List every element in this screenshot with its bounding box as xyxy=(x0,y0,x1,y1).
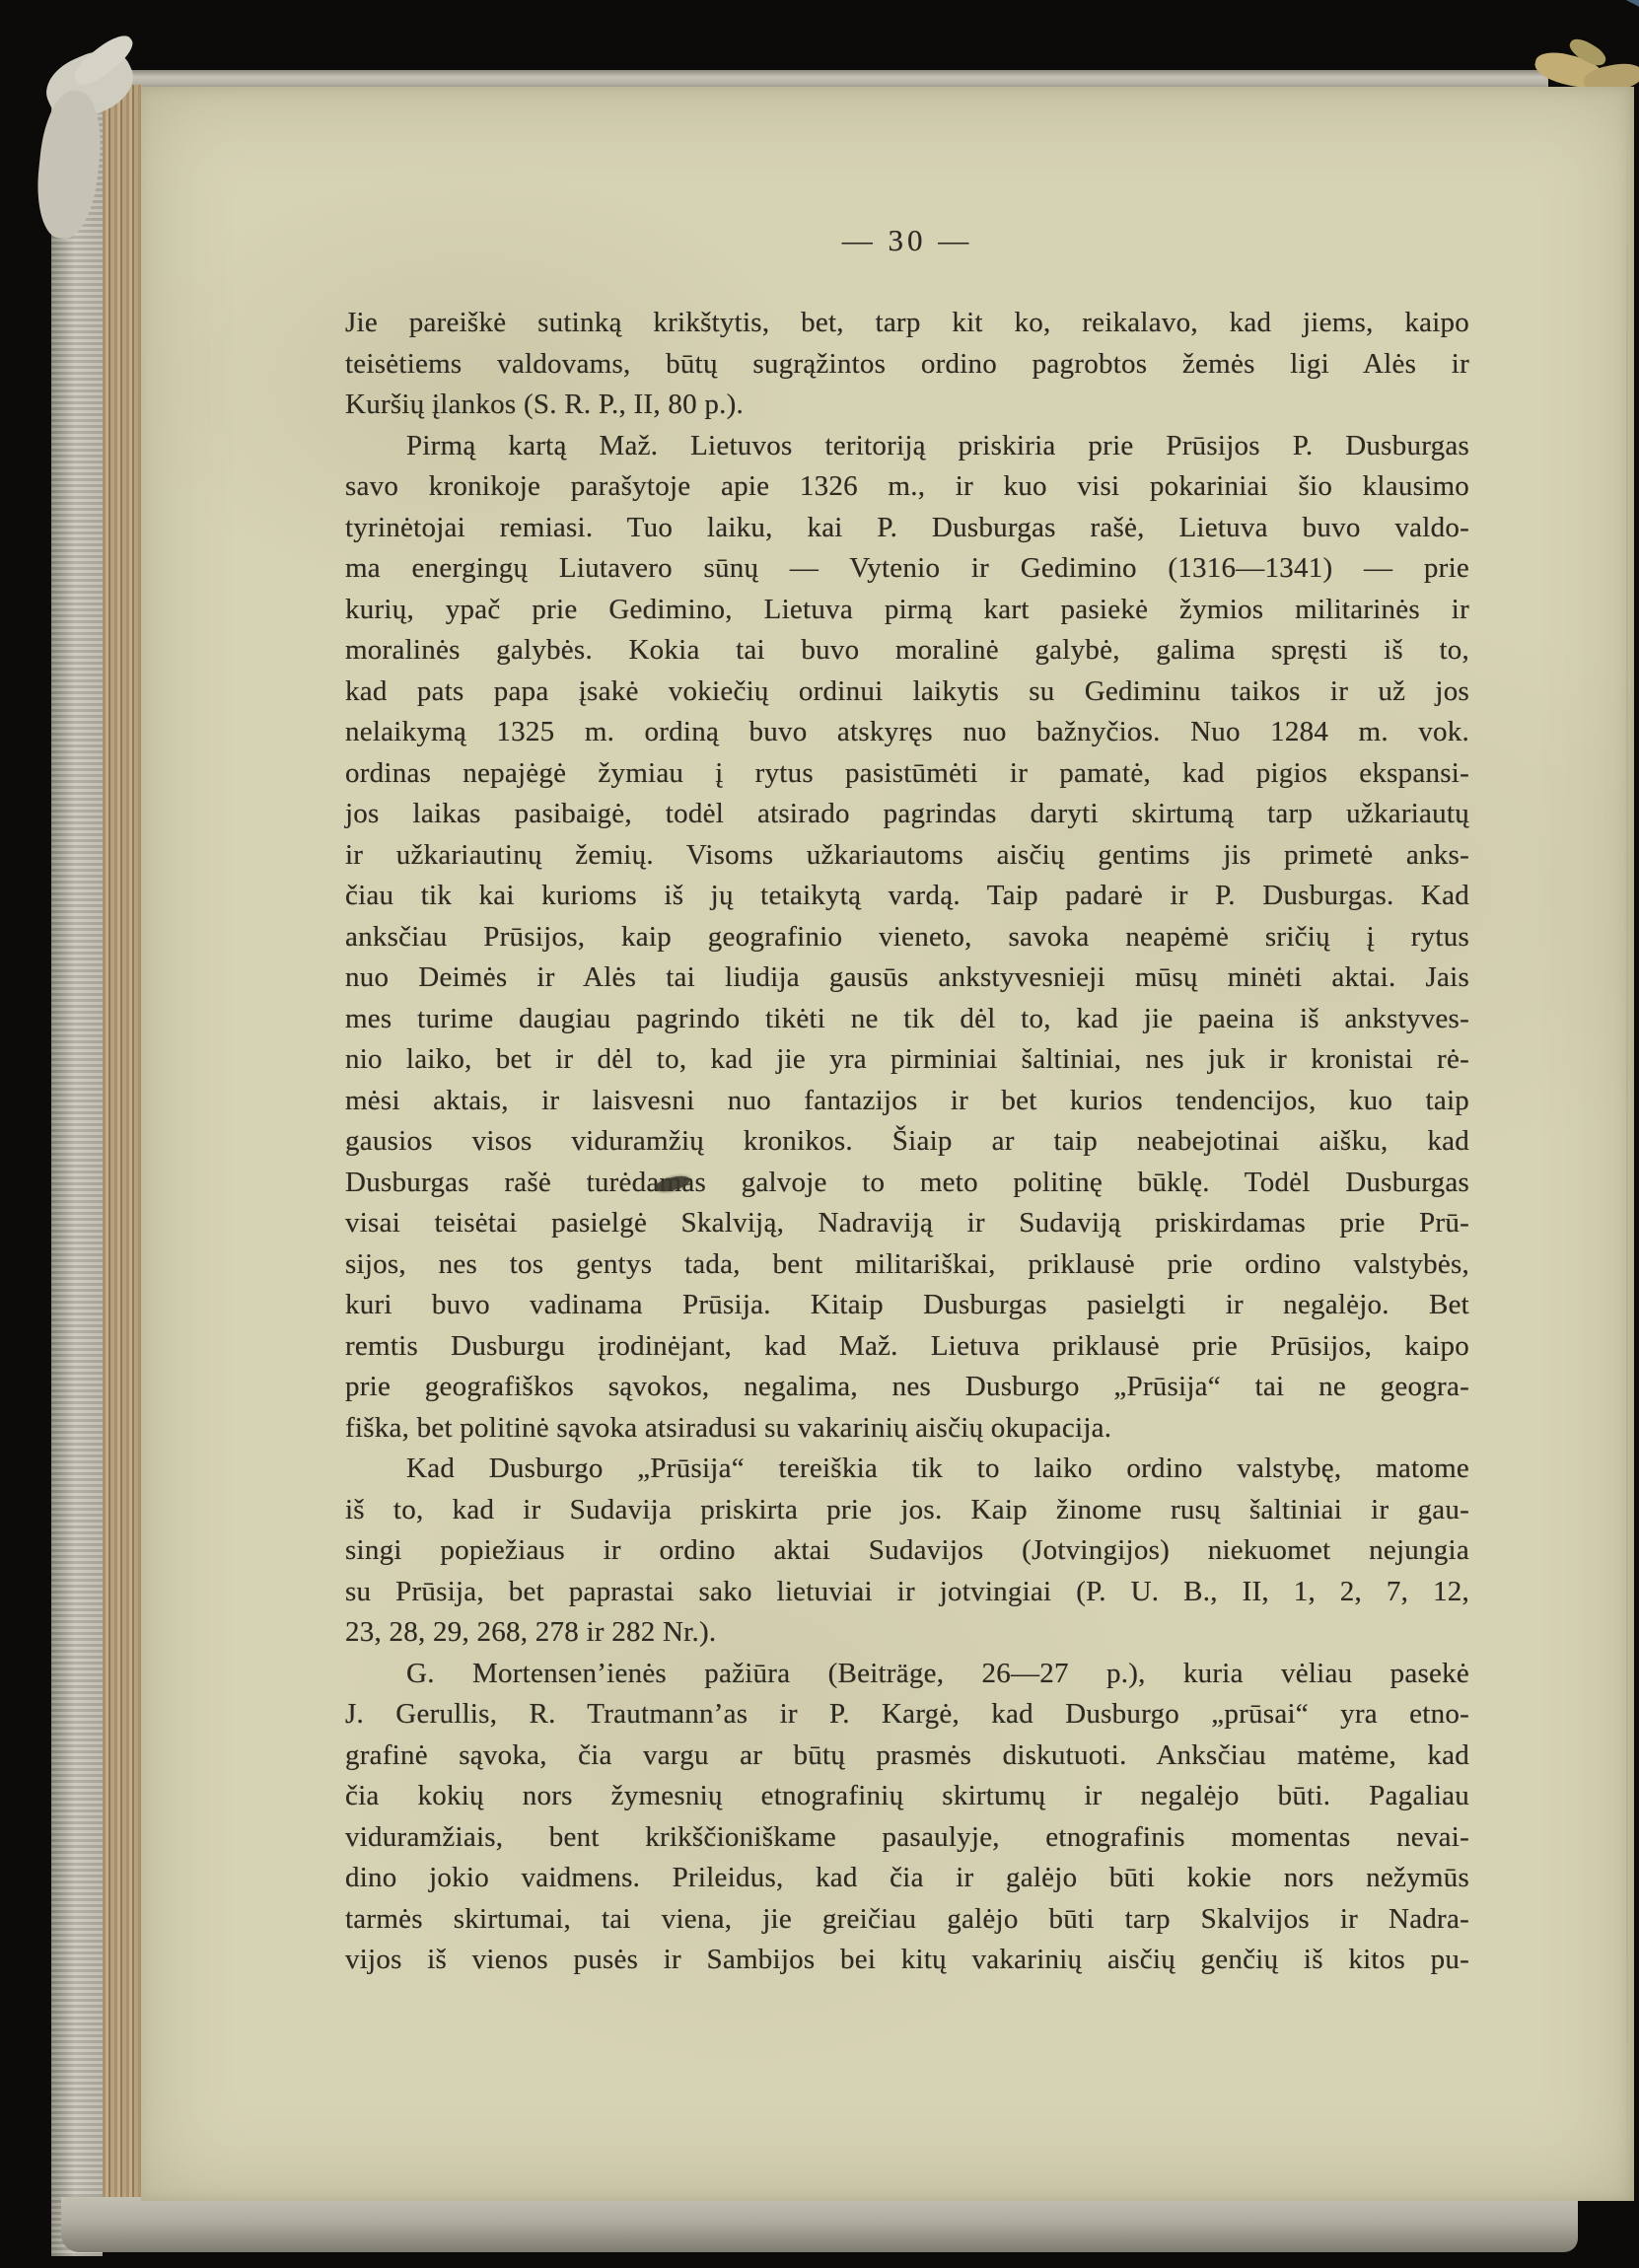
text-line: Pirmą kartą Maž. Lietuvos teritoriją pri… xyxy=(345,426,1469,467)
text-line: kurių, ypač prie Gedimino, Lietuva pirmą… xyxy=(345,590,1469,631)
text-line: vijos iš vienos pusės ir Sambijos bei ki… xyxy=(345,1940,1469,1981)
text-line: iš to, kad ir Sudavija priskirta prie jo… xyxy=(345,1490,1469,1531)
paragraph: Kad Dusburgo „Prūsija“ tereiškia tik to … xyxy=(345,1449,1469,1654)
text-line: nelaikymą 1325 m. ordiną buvo atskyręs n… xyxy=(345,712,1469,753)
book-bottom-edge xyxy=(61,2197,1578,2252)
text-line: Kad Dusburgo „Prūsija“ tereiškia tik to … xyxy=(345,1449,1469,1490)
text-line: teisėtiems valdovams, būtų sugrąžintos o… xyxy=(345,344,1469,386)
text-line: visai teisėtai pasielgė Skalviją, Nadrav… xyxy=(345,1203,1469,1244)
text-line: anksčiau Prūsijos, kaip geografinio vien… xyxy=(345,917,1469,958)
text-line: kad pats papa įsakė vokiečių ordinui lai… xyxy=(345,672,1469,713)
text-line: gausios visos viduramžių kronikos. Šiaip… xyxy=(345,1121,1469,1163)
paragraph: G. Mortensen’ienės pažiūra (Beiträge, 26… xyxy=(345,1654,1469,1981)
page-block-edge xyxy=(103,85,142,2215)
page-text: Jie pareiškė sutinką krikštytis, bet, ta… xyxy=(345,303,1469,1981)
text-line: dino jokio vaidmens. Prileidus, kad čia … xyxy=(345,1858,1469,1899)
book-scan-photo: { "colors": { "background": "#0c0b09", "… xyxy=(0,0,1639,2268)
text-line: J. Gerullis, R. Trautmann’as ir P. Kargė… xyxy=(345,1694,1469,1736)
text-line: 23, 28, 29, 268, 278 ir 282 Nr.). xyxy=(345,1612,1469,1654)
paragraph: Jie pareiškė sutinką krikštytis, bet, ta… xyxy=(345,303,1469,426)
text-line: jos laikas pasibaigė, todėl atsirado pag… xyxy=(345,794,1469,835)
text-line: kuri buvo vadinama Prūsija. Kitaip Dusbu… xyxy=(345,1285,1469,1326)
text-line: Jie pareiškė sutinką krikštytis, bet, ta… xyxy=(345,303,1469,344)
text-line: remtis Dusburgu įrodinėjant, kad Maž. Li… xyxy=(345,1326,1469,1368)
text-line: mėsi aktais, ir laisvesni nuo fantazijos… xyxy=(345,1081,1469,1122)
text-line: ma energingų Liutavero sūnų — Vytenio ir… xyxy=(345,548,1469,590)
text-line: ordinas nepajėgė žymiau į rytus pasistūm… xyxy=(345,753,1469,795)
text-line: tyrinėtojai remiasi. Tuo laiku, kai P. D… xyxy=(345,508,1469,549)
page-number: — 30 — xyxy=(345,223,1469,258)
text-line: nio laiko, bet ir dėl to, kad jie yra pi… xyxy=(345,1039,1469,1081)
book-spine-cloth-edge xyxy=(51,79,103,2256)
text-line: čia kokių nors žymesnių etnografinių ski… xyxy=(345,1776,1469,1817)
text-line: Dusburgas rašė turėdamas galvoje to meto… xyxy=(345,1163,1469,1204)
text-line: čiau tik kai kurioms iš jų tetaikytą var… xyxy=(345,876,1469,917)
book-scan: — 30 — Jie pareiškė sutinką krikštytis, … xyxy=(0,0,1639,2268)
text-line: sijos, nes tos gentys tada, bent militar… xyxy=(345,1244,1469,1286)
text-line: su Prūsija, bet paprastai sako lietuviai… xyxy=(345,1572,1469,1613)
text-line: tarmės skirtumai, tai viena, jie greičia… xyxy=(345,1899,1469,1941)
text-line: fiška, bet politinė sąvoka atsiradusi su… xyxy=(345,1408,1469,1450)
page-edge-line xyxy=(1626,87,1628,2201)
text-line: grafinė sąvoka, čia vargu ar būtų prasmė… xyxy=(345,1736,1469,1777)
text-line: ir užkariautinų žemių. Visoms užkariauto… xyxy=(345,835,1469,877)
blue-fiber-artifact xyxy=(1577,0,1639,42)
text-line: prie geografiškos sąvokos, negalima, nes… xyxy=(345,1367,1469,1408)
book-page: — 30 — Jie pareiškė sutinką krikštytis, … xyxy=(141,87,1634,2201)
paragraph: Pirmą kartą Maž. Lietuvos teritoriją pri… xyxy=(345,426,1469,1450)
text-line: moralinės galybės. Kokia tai buvo morali… xyxy=(345,630,1469,672)
text-line: savo kronikoje parašytoje apie 1326 m., … xyxy=(345,466,1469,508)
text-line: singi popiežiaus ir ordino aktai Sudavij… xyxy=(345,1530,1469,1572)
text-line: viduramžiais, bent krikščioniškame pasau… xyxy=(345,1817,1469,1859)
text-line: Kuršių įlankos (S. R. P., II, 80 p.). xyxy=(345,385,1469,426)
text-line: mes turime daugiau pagrindo tikėti ne ti… xyxy=(345,999,1469,1040)
text-line: G. Mortensen’ienės pažiūra (Beiträge, 26… xyxy=(345,1654,1469,1695)
text-line: nuo Deimės ir Alės tai liudija gausūs an… xyxy=(345,957,1469,999)
